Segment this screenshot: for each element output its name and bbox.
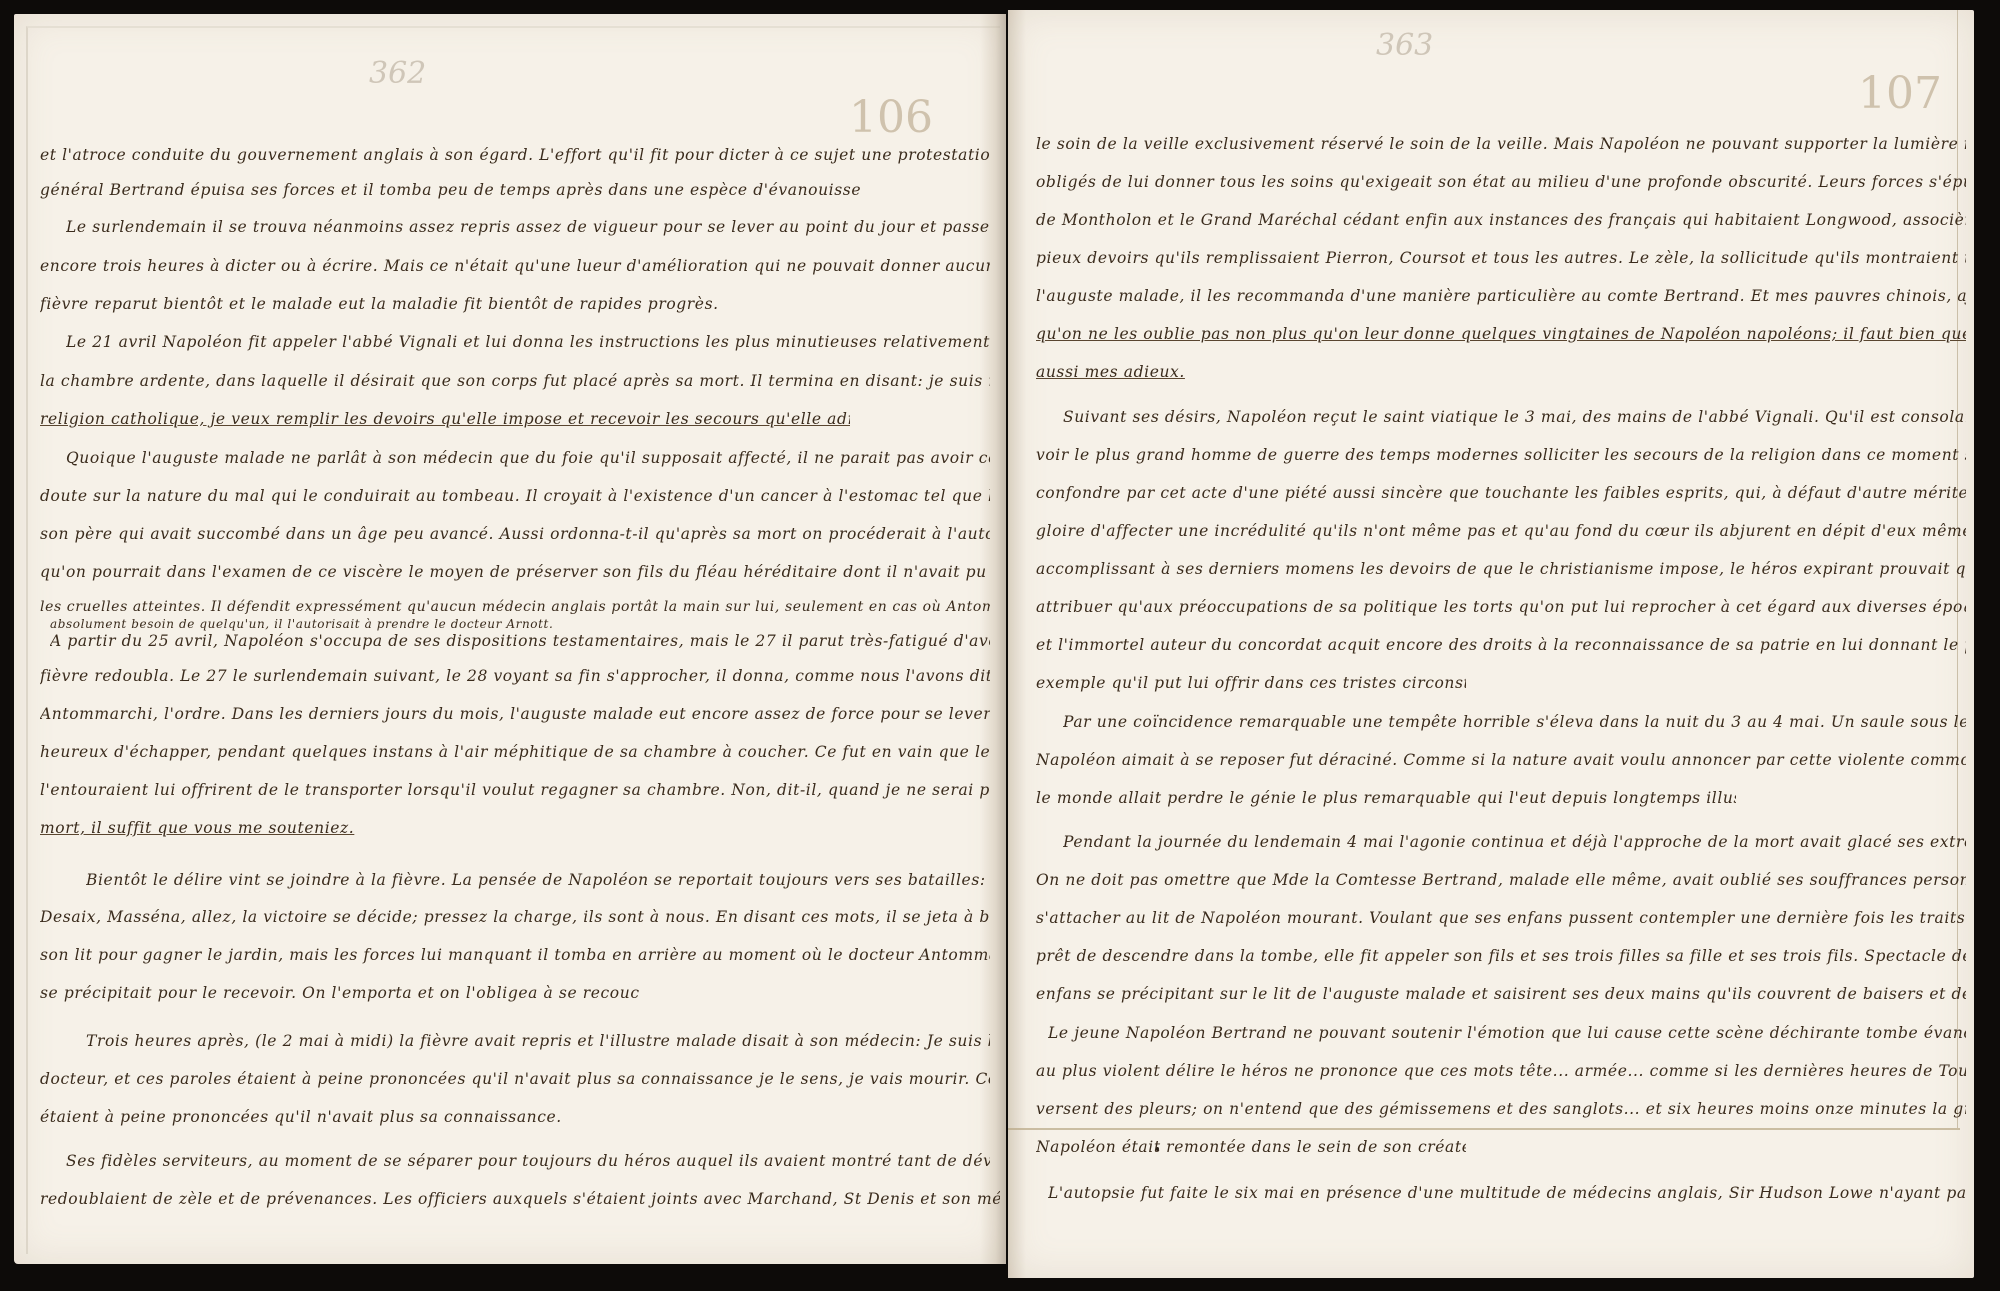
manuscript-line: enfans se précipitant sur le lit de l'au… [1036, 984, 1966, 1004]
manuscript-line: son père qui avait succombé dans un âge … [40, 524, 990, 544]
manuscript-line: prêt de descendre dans la tombe, elle fi… [1036, 946, 1966, 966]
manuscript-line-underlined: qu'on ne les oublie pas non plus qu'on l… [1036, 324, 1966, 344]
manuscript-line: fièvre reparut bientôt et le malade eut … [40, 294, 740, 314]
manuscript-line: Trois heures après, (le 2 mai à midi) la… [86, 1031, 990, 1051]
manuscript-line: doute sur la nature du mal qui le condui… [40, 486, 990, 506]
manuscript-line: pieux devoirs qu'ils remplissaient Pierr… [1036, 248, 1966, 268]
manuscript-line: Napoléon aimait à se reposer fut déracin… [1036, 750, 1966, 770]
ink-folio-number: 106 [849, 92, 933, 143]
manuscript-line: qu'on pourrait dans l'examen de ce viscè… [40, 562, 990, 582]
manuscript-line: heureux d'échapper, pendant quelques ins… [40, 742, 990, 762]
manuscript-line: redoublaient de zèle et de prévenances. … [40, 1189, 1000, 1209]
manuscript-line: fièvre redoubla. Le 27 le surlendemain s… [40, 666, 990, 686]
manuscript-line: versent des pleurs; on n'entend que des … [1036, 1099, 1966, 1119]
manuscript-line-underlined: religion catholique, je veux remplir les… [40, 409, 850, 429]
manuscript-line: voir le plus grand homme de guerre des t… [1036, 445, 1966, 465]
manuscript-line: se précipitait pour le recevoir. On l'em… [40, 983, 640, 1003]
manuscript-line-underlined: mort, il suffit que vous me souteniez. [40, 818, 380, 838]
manuscript-line: Napoléon était remontée dans le sein de … [1036, 1137, 1466, 1157]
manuscript-line: Le 21 avril Napoléon fit appeler l'abbé … [66, 332, 990, 352]
ink-folio-number: 107 [1858, 68, 1942, 119]
manuscript-line: son lit pour gagner le jardin, mais les … [40, 945, 990, 965]
manuscript-line: le soin de la veille exclusivement réser… [1036, 134, 1966, 154]
manuscript-line: docteur, et ces paroles étaient à peine … [40, 1069, 990, 1089]
manuscript-line: étaient à peine prononcées qu'il n'avait… [40, 1107, 560, 1127]
page-fold-line [1008, 1128, 1960, 1130]
manuscript-line: L'autopsie fut faite le six mai en prése… [1048, 1183, 1966, 1203]
manuscript-line: et l'atroce conduite du gouvernement ang… [40, 145, 990, 165]
manuscript-line: obligés de lui donner tous les soins qu'… [1036, 172, 1966, 192]
manuscript-line: Bientôt le délire vint se joindre à la f… [86, 870, 990, 890]
manuscript-line: Ses fidèles serviteurs, au moment de se … [66, 1151, 990, 1171]
manuscript-line: Pendant la journée du lendemain 4 mai l'… [1063, 832, 1966, 852]
manuscript-line: Le jeune Napoléon Bertrand ne pouvant so… [1048, 1023, 1966, 1043]
manuscript-line: général Bertrand épuisa ses forces et il… [40, 180, 860, 200]
manuscript-line: Quoique l'auguste malade ne parlât à son… [66, 448, 990, 468]
manuscript-line: encore trois heures à dicter ou à écrire… [40, 256, 990, 276]
manuscript-line: attribuer qu'aux préoccupations de sa po… [1036, 597, 1966, 617]
manuscript-line: Desaix, Masséna, allez, la victoire se d… [40, 907, 990, 927]
manuscript-line: et l'immortel auteur du concordat acquit… [1036, 635, 1966, 655]
manuscript-line: l'entouraient lui offrirent de le transp… [40, 780, 990, 800]
manuscript-line: l'auguste malade, il les recommanda d'un… [1036, 286, 1966, 306]
ink-speck [1156, 1147, 1159, 1151]
pencil-folio-number: 362 [369, 56, 426, 91]
manuscript-line: s'attacher au lit de Napoléon mourant. V… [1036, 908, 1966, 928]
manuscript-line: A partir du 25 avril, Napoléon s'occupa … [50, 631, 990, 651]
manuscript-line: accomplissant à ses derniers momens les … [1036, 559, 1966, 579]
manuscript-line: Par une coïncidence remarquable une temp… [1063, 712, 1966, 732]
manuscript-line: Suivant ses désirs, Napoléon reçut le sa… [1063, 407, 1966, 427]
manuscript-line: gloire d'affecter une incrédulité qu'ils… [1036, 521, 1966, 541]
manuscript-line: le monde allait perdre le génie le plus … [1036, 788, 1736, 808]
manuscript-line: de Montholon et le Grand Maréchal cédant… [1036, 210, 1966, 230]
left-manuscript-page: 362 106 et l'atroce conduite du gouverne… [14, 14, 1006, 1264]
manuscript-line: au plus violent délire le héros ne prono… [1036, 1061, 1966, 1081]
pencil-folio-number: 363 [1376, 28, 1433, 63]
manuscript-line: la chambre ardente, dans laquelle il dés… [40, 371, 990, 391]
manuscript-line: Antommarchi, l'ordre. Dans les derniers … [40, 704, 990, 724]
manuscript-line: exemple qu'il put lui offrir dans ces tr… [1036, 673, 1466, 693]
manuscript-line: On ne doit pas omettre que Mde la Comtes… [1036, 870, 1966, 890]
right-manuscript-page: 363 107 le soin de la veille exclusiveme… [1008, 10, 1974, 1278]
manuscript-line: Le surlendemain il se trouva néanmoins a… [66, 217, 990, 237]
binding-gutter-shadow [1008, 10, 1026, 1278]
manuscript-line-underlined: aussi mes adieux. [1036, 362, 1186, 382]
manuscript-line: confondre par cet acte d'une piété aussi… [1036, 483, 1966, 503]
